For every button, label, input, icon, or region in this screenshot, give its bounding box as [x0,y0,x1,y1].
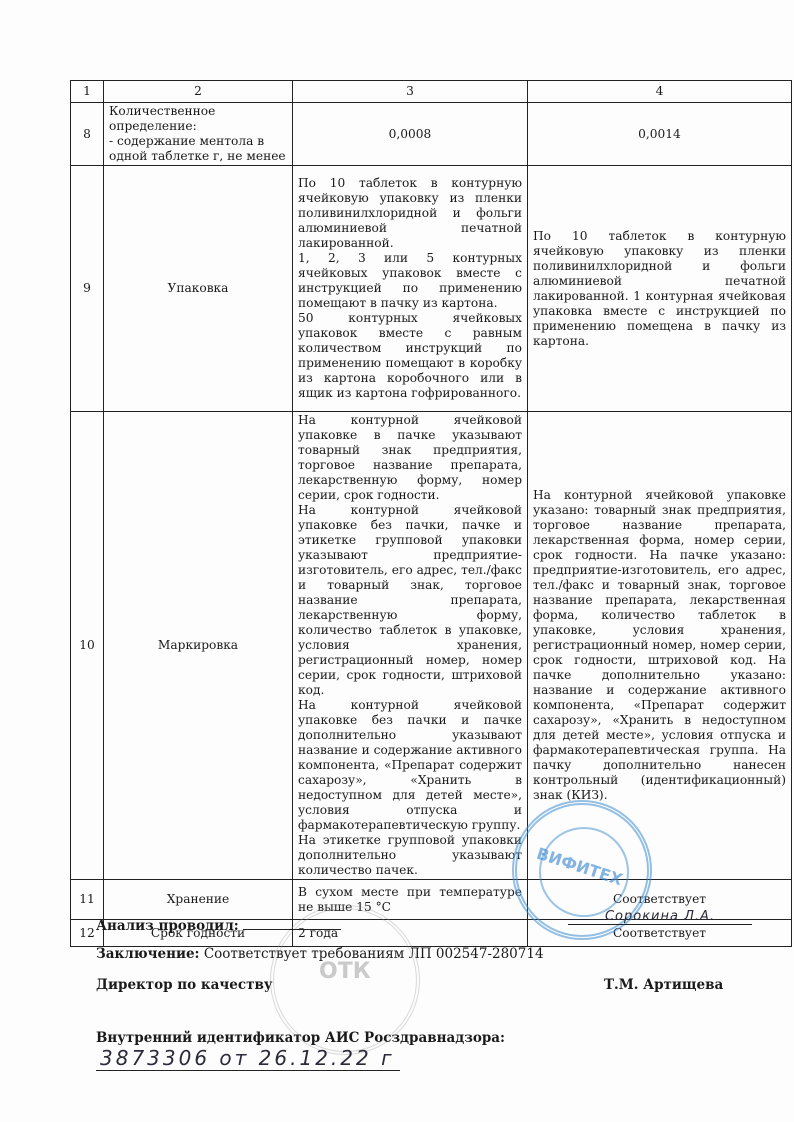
analyst-name-line: Сорокина Л.А. [568,908,752,925]
header-cell: 2 [104,81,293,103]
row-indicator: Маркировка [104,412,293,880]
row-requirement: На контурной ячейковой упаковке в пачке … [293,412,528,880]
requirement-paragraph: На контурной ячейковой упаковке без пачк… [298,503,522,698]
table-row: 10 Маркировка На контурной ячейковой упа… [71,412,792,880]
result-paragraph: По 10 таблеток в контурную ячейковую упа… [533,229,786,349]
header-cell: 1 [71,81,104,103]
specification-table: 1 2 3 4 8 Количественное определение: - … [70,80,792,947]
row-number: 11 [71,880,104,920]
analysis-line: Анализ проводил: [96,915,341,934]
requirement-paragraph: По 10 таблеток в контурную ячейковую упа… [298,176,522,251]
analyst-name-handwritten: Сорокина Л.А. [605,909,715,924]
conclusion-line: Заключение: Соответствует требованиям ЛП… [96,946,544,962]
row-number: 10 [71,412,104,880]
requirement-paragraph: На этикетке групповой упаковки дополните… [298,833,522,878]
header-cell: 3 [293,81,528,103]
director-label: Директор по качеству [96,977,272,993]
director-name-block: Т.М. Артищева [604,977,723,993]
header-cell: 4 [528,81,792,103]
requirement-paragraph: 50 контурных ячейковых упаковок вместе с… [298,311,522,401]
row-number: 9 [71,166,104,412]
row-number: 8 [71,103,104,166]
table-row: 9 Упаковка По 10 таблеток в контурную яч… [71,166,792,412]
requirement-paragraph: 1, 2, 3 или 5 контурных ячейковых упаков… [298,251,522,311]
document-page: 1 2 3 4 8 Количественное определение: - … [0,0,794,1122]
director-line: Директор по качеству [96,977,272,993]
row-requirement: 0,0008 [293,103,528,166]
row-result: По 10 таблеток в контурную ячейковую упа… [528,166,792,412]
director-name: Т.М. Артищева [604,977,723,993]
row-requirement: По 10 таблеток в контурную ячейковую упа… [293,166,528,412]
ais-identifier-line: Внутренний идентификатор АИС Росздравнад… [96,1030,794,1071]
row-indicator: Упаковка [104,166,293,412]
result-paragraph: На контурной ячейковой упаковке указано:… [533,488,786,803]
ais-label: Внутренний идентификатор АИС Росздравнад… [96,1030,505,1046]
requirement-paragraph: На контурной ячейковой упаковке без пачк… [298,698,522,833]
analyst-signature-line [243,915,341,930]
analysis-label: Анализ проводил: [96,918,239,934]
row-result: 0,0014 [528,103,792,166]
conclusion-label: Заключение: [96,946,200,962]
conclusion-text: Соответствует требованиям ЛП 002547-2807… [204,946,544,962]
table-header-row: 1 2 3 4 [71,81,792,103]
row-indicator: Количественное определение: - содержание… [104,103,293,166]
row-indicator: Хранение [104,880,293,920]
qc-stamp-text: ОТК [319,959,371,984]
table-row: 8 Количественное определение: - содержан… [71,103,792,166]
ais-value-handwritten: 3873306 от 26.12.22 г [96,1046,400,1071]
requirement-paragraph: На контурной ячейковой упаковке в пачке … [298,413,522,503]
